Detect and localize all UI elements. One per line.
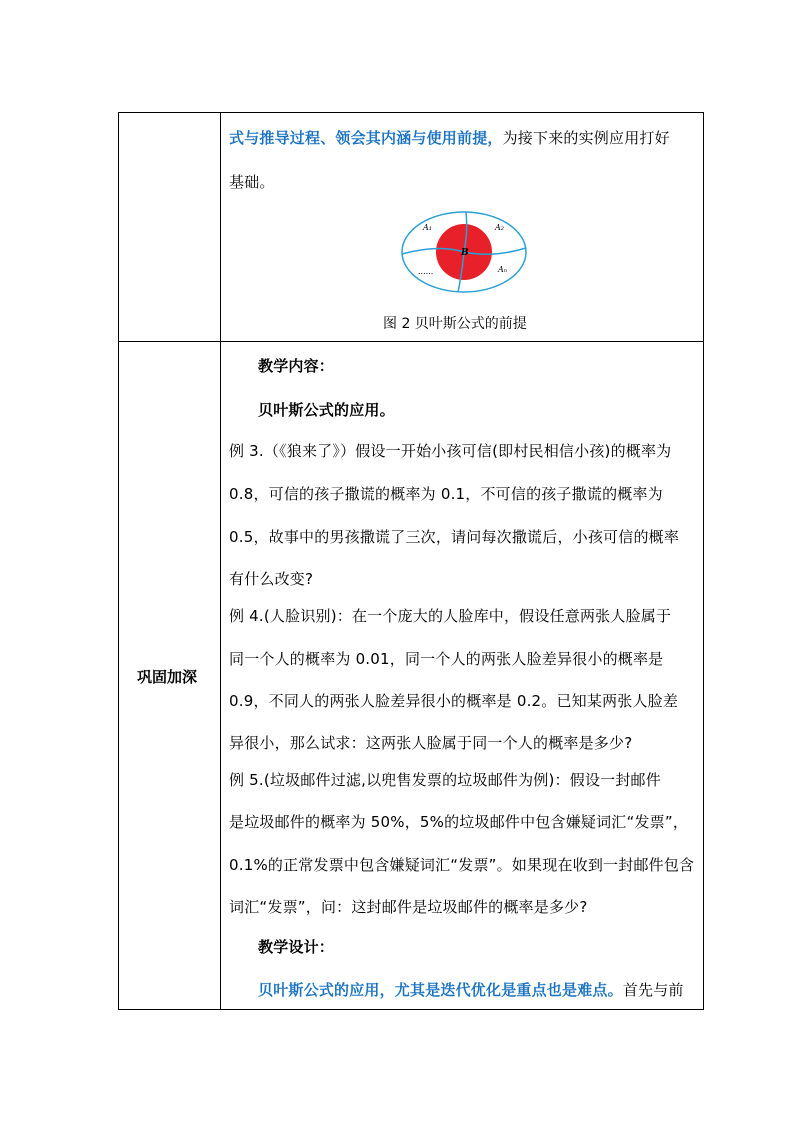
design-blue-text: 贝叶斯公式的应用，尤其是迭代优化是重点也是难点。: [258, 981, 623, 999]
example3-line: 0.5，故事中的男孩撒谎了三次，请问每次撒谎后，小孩可信的概率: [229, 527, 679, 547]
svg-text:......: ......: [418, 267, 433, 276]
example4-line: 例 4.(人脸识别)：在一个庞大的人脸库中，假设任意两张人脸属于: [229, 606, 671, 626]
row1-black-text: 为接下来的实例应用打好: [503, 129, 670, 147]
example5-line: 是垃圾邮件的概率为 50%，5%的垃圾邮件中包含嫌疑词汇“发票”，: [229, 812, 688, 832]
row-divider: [118, 341, 704, 342]
figure-caption: 图 2 贝叶斯公式的前提: [383, 313, 527, 333]
design-black-text: 首先与前: [623, 981, 684, 999]
example5-line: 词汇“发票”，问：这封邮件是垃圾邮件的概率是多少?: [229, 897, 588, 917]
row1-line1: 式与推导过程、领会其内涵与使用前提，为接下来的实例应用打好: [229, 128, 670, 148]
svg-text:A₂: A₂: [494, 223, 504, 232]
example5-line: 例 5.(垃圾邮件过滤,以兜售发票的垃圾邮件为例)：假设一封邮件: [229, 770, 661, 790]
example3-line: 0.8，可信的孩子撒谎的概率为 0.1，不可信的孩子撒谎的概率为: [229, 484, 663, 504]
design-line: 贝叶斯公式的应用，尤其是迭代优化是重点也是难点。首先与前: [258, 980, 684, 1000]
row1-blue-text: 式与推导过程、领会其内涵与使用前提，: [229, 129, 503, 147]
svg-text:A₁: A₁: [422, 223, 432, 232]
heading-teaching-design: 教学设计：: [258, 937, 334, 957]
column-divider: [220, 112, 221, 1010]
svg-text:Aₙ: Aₙ: [497, 265, 507, 274]
example5-line: 0.1%的正常发票中包含嫌疑词汇“发票”。如果现在收到一封邮件包含: [229, 855, 694, 875]
row1-line2: 基础。: [229, 172, 275, 192]
row-label: 巩固加深: [137, 666, 197, 687]
svg-text:B: B: [460, 248, 469, 258]
example3-line: 例 3.（《狼来了》）假设一开始小孩可信(即村民相信小孩)的概率为: [229, 441, 671, 461]
bayes-premise-figure: A₁ A₂ B ...... Aₙ: [398, 208, 530, 296]
heading-teaching-content: 教学内容：: [258, 356, 334, 376]
example4-line: 异很小，那么试求：这两张人脸属于同一个人的概率是多少?: [229, 733, 632, 753]
example4-line: 0.9，不同人的两张人脸差异很小的概率是 0.2。已知某两张人脸差: [229, 691, 678, 711]
example4-line: 同一个人的概率为 0.01，同一个人的两张人脸差异很小的概率是: [229, 649, 663, 669]
heading-application: 贝叶斯公式的应用。: [258, 400, 395, 420]
example3-line: 有什么改变?: [229, 569, 313, 589]
